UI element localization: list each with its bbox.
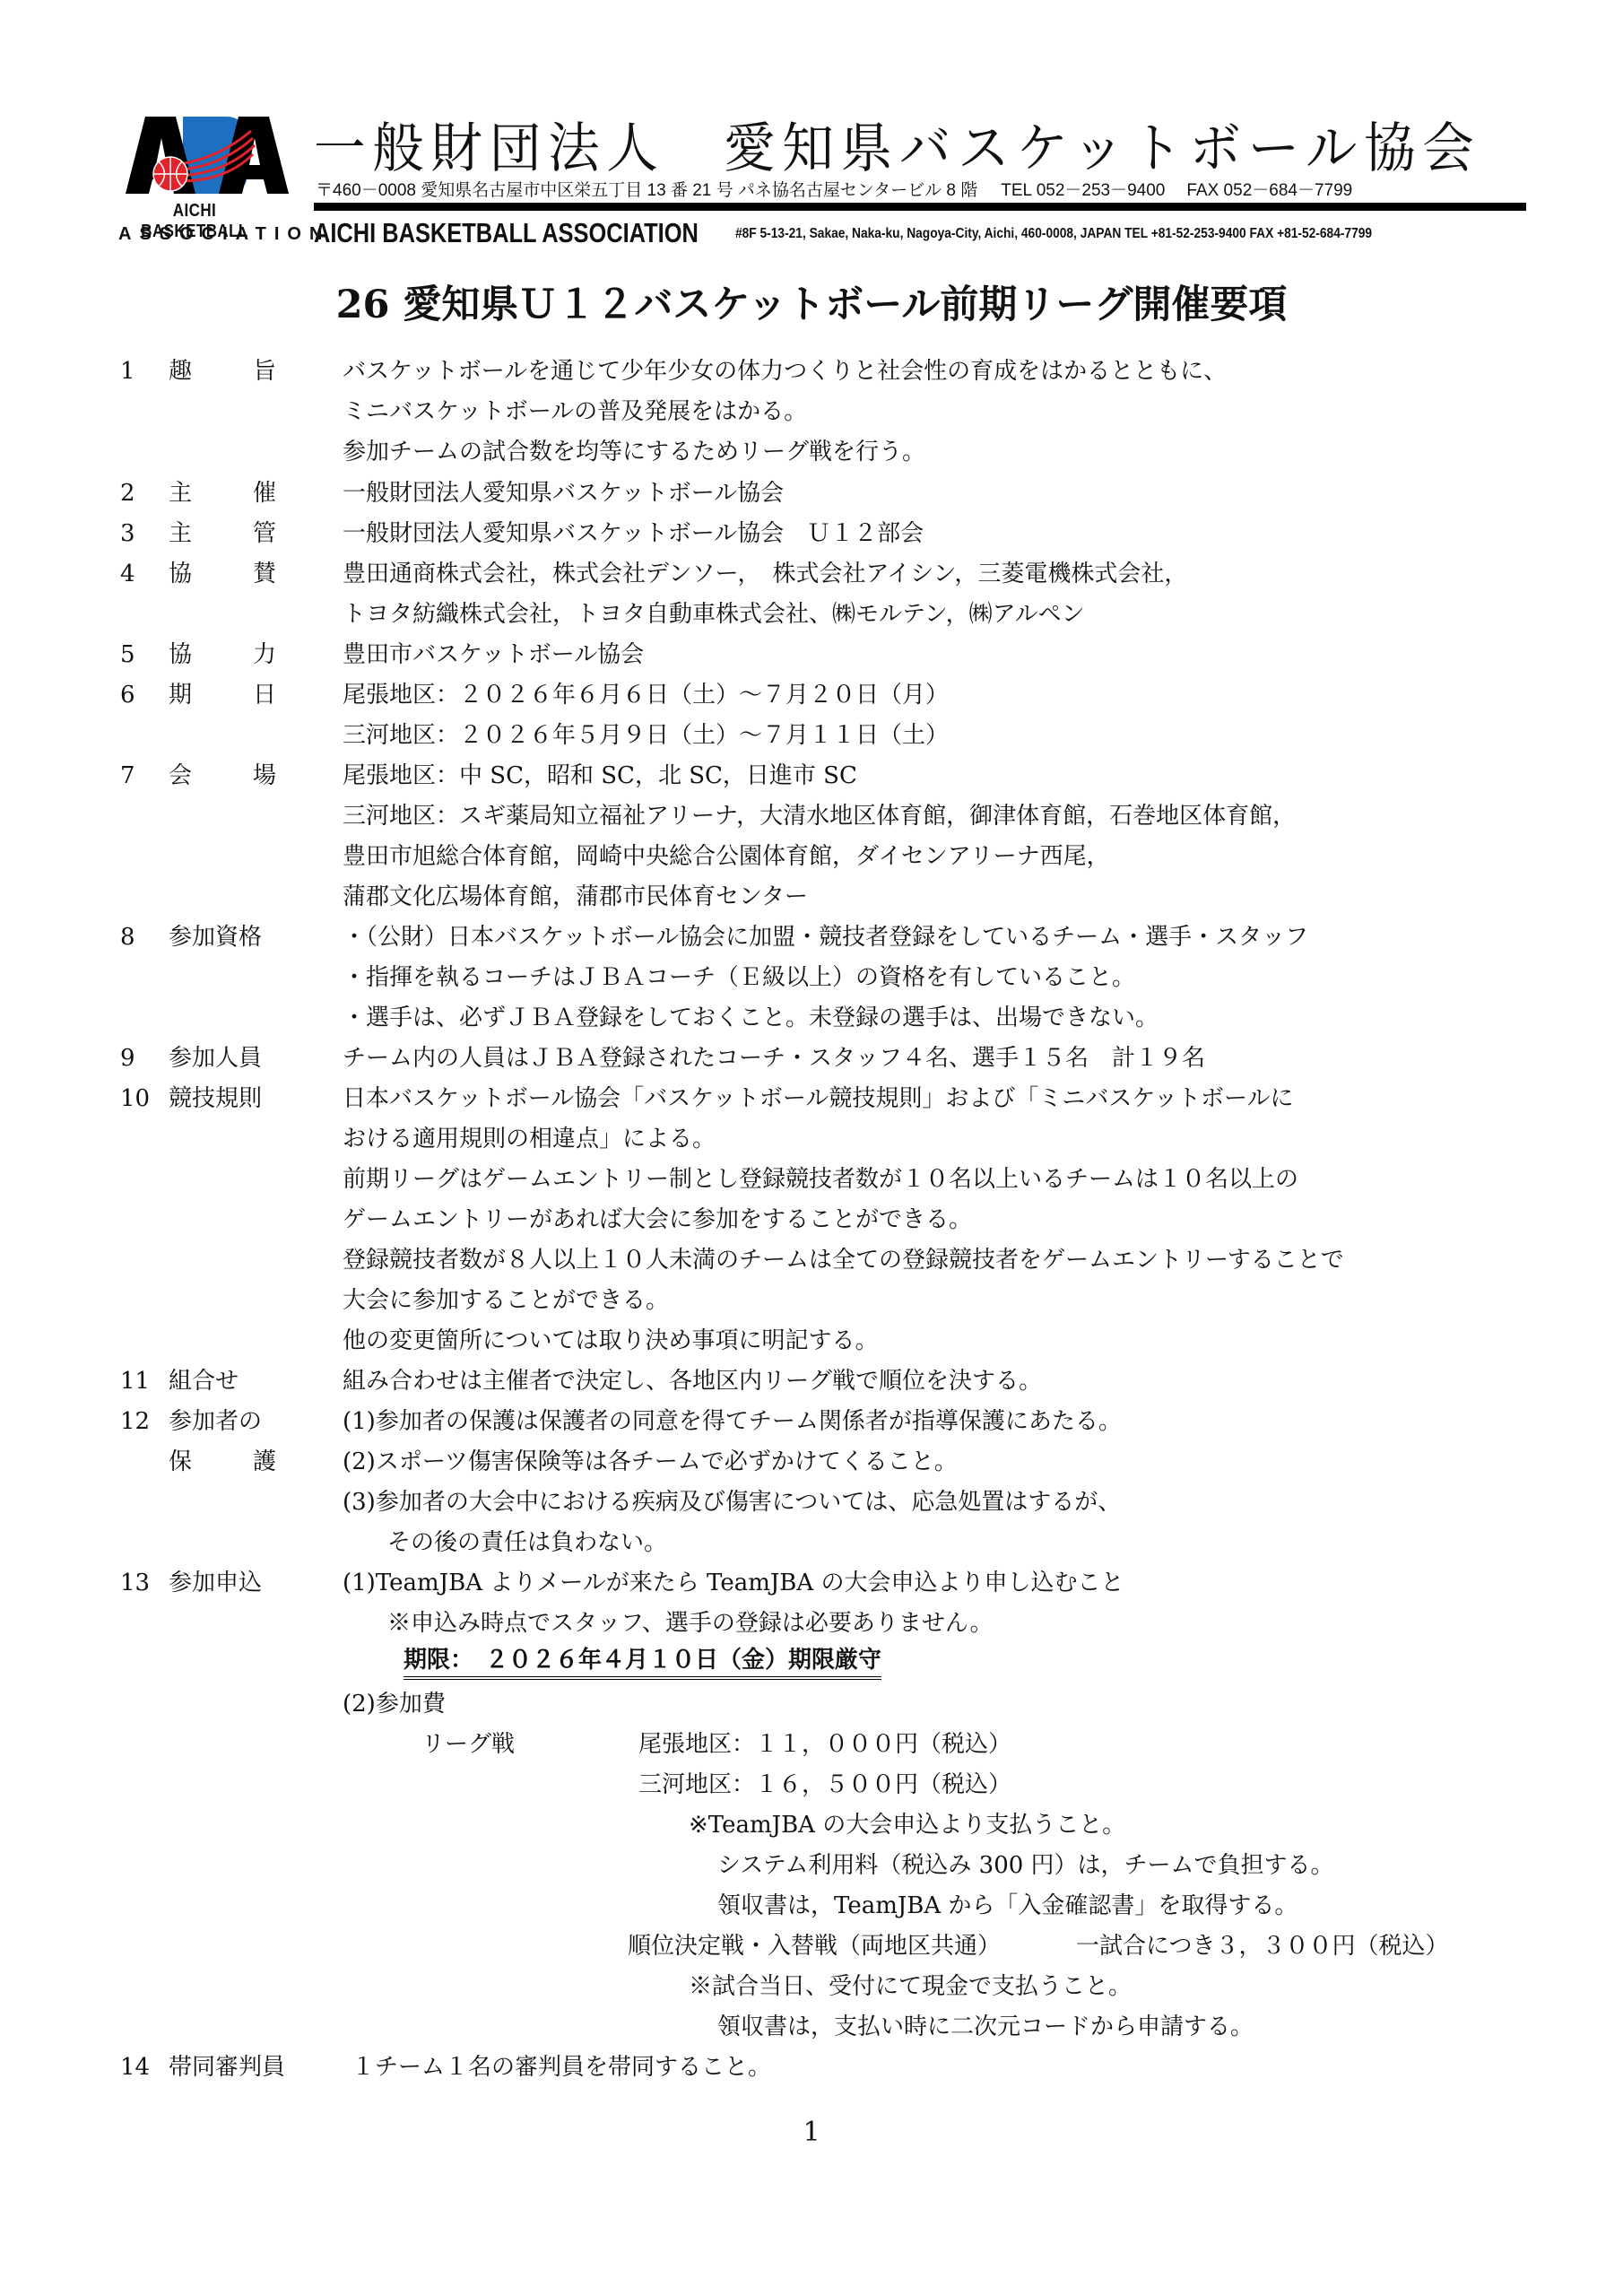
section-text: 尾張地区：中 SC，昭和 SC，北 SC，日進市 SC — [343, 756, 857, 796]
section-text: ・指揮を執るコーチはＪＢＡコーチ（Ｅ級以上）の資格を有していること。 — [343, 958, 1135, 997]
section-text: 一般財団法人愛知県バスケットボール協会 Ｕ１２部会 — [343, 514, 924, 553]
playoff-label: 順位決定戦・入替戦（両地区共通） — [628, 1926, 1001, 1966]
section-text: おける適用規則の相違点」による。 — [343, 1119, 716, 1159]
section-10-rules: 10 競技規則 日本バスケットボール協会「バスケットボール競技規則」および「ミニ… — [0, 1079, 1623, 1118]
league-note: システム利用料（税込み 300 円）は，チームで負担する。 — [717, 1846, 1334, 1885]
section-text: 三河地区：スギ薬局知立福祉アリーナ，大清水地区体育館，御津体育館，石巻地区体育館… — [343, 796, 1296, 836]
section-text: ・選手は、必ずＪＢＡ登録をしておくこと。未登録の選手は、出場できない。 — [343, 998, 1159, 1038]
section-2-organizer: 2 主 催 一般財団法人愛知県バスケットボール協会 — [0, 474, 1623, 513]
playoff-note-row: 領収書は，支払い時に二次元コードから申請する。 — [0, 2007, 1623, 2047]
section-8-line: ・指揮を執るコーチはＪＢＡコーチ（Ｅ級以上）の資格を有していること。 — [0, 958, 1623, 997]
section-10-line: ゲームエントリーがあれば大会に参加をすることができる。 — [0, 1200, 1623, 1239]
section-8-line: ・選手は、必ずＪＢＡ登録をしておくこと。未登録の選手は、出場できない。 — [0, 998, 1623, 1038]
section-text: 他の変更箇所については取り決め事項に明記する。 — [343, 1321, 878, 1361]
section-text: (2)スポーツ傷害保険等は各チームで必ずかけてくること。 — [343, 1442, 958, 1482]
section-number: 10 — [120, 1079, 156, 1118]
section-11-pairings: 11 組合せ 組み合わせは主催者で決定し、各地区内リーグ戦で順位を決する。 — [0, 1361, 1623, 1401]
section-text: 蒲郡文化広場体育館，蒲郡市民体育センター — [343, 877, 808, 917]
section-7-line: 三河地区：スギ薬局知立福祉アリーナ，大清水地区体育館，御津体育館，石巻地区体育館… — [0, 796, 1623, 836]
section-12-line: (3)参加者の大会中における疾病及び傷害については、応急処置はするが、 — [0, 1483, 1623, 1522]
league-note-row: システム利用料（税込み 300 円）は，チームで負担する。 — [0, 1846, 1623, 1885]
section-label-char: 協 — [169, 635, 192, 674]
section-13-line: ※申込み時点でスタッフ、選手の登録は必要ありません。 — [0, 1604, 1623, 1643]
playoff-note: ※試合当日、受付にて現金で支払うこと。 — [689, 1967, 1132, 2006]
section-label-char: 催 — [253, 474, 276, 513]
section-label-char: 力 — [253, 635, 276, 674]
section-text: トヨタ紡織株式会社，トヨタ自動車株式会社、㈱モルテン，㈱アルペン — [343, 595, 1085, 634]
section-6-dates: 6 期 日 尾張地区：２０２６年６月６日（土）～７月２０日（月） — [0, 675, 1623, 715]
section-14-referee: 14 帯同審判員 １チーム１名の審判員を帯同すること。 — [0, 2048, 1623, 2087]
section-label-char: 護 — [253, 1442, 276, 1482]
section-number: 6 — [120, 675, 156, 715]
org-name-en: AICHI BASKETBALL ASSOCIATION — [314, 217, 699, 249]
section-12-line: 保 護 (2)スポーツ傷害保険等は各チームで必ずかけてくること。 — [0, 1442, 1623, 1482]
section-text: チーム内の人員はＪＢＡ登録されたコーチ・スタッフ４名、選手１５名 計１９名 — [343, 1039, 1205, 1078]
section-text: １チーム１名の審判員を帯同すること。 — [352, 2048, 771, 2087]
section-text: 参加チームの試合数を均等にするためリーグ戦を行う。 — [343, 432, 925, 472]
section-label-char: 趣 — [169, 352, 192, 391]
section-number: 12 — [120, 1402, 156, 1441]
section-text: 尾張地区：２０２６年６月６日（土）～７月２０日（月） — [343, 675, 949, 715]
section-6-line: 三河地区：２０２６年５月９日（土）～７月１１日（土） — [0, 716, 1623, 755]
playoff-note-row: ※試合当日、受付にて現金で支払うこと。 — [0, 1967, 1623, 2006]
header-divider — [314, 203, 1526, 211]
section-number: 1 — [120, 352, 156, 391]
league-note-row: 領収書は，TeamJBA から「入金確認書」を取得する。 — [0, 1886, 1623, 1926]
section-label: 参加者の — [169, 1402, 262, 1441]
playoff-note: 領収書は，支払い時に二次元コードから申請する。 — [717, 2007, 1254, 2047]
section-number: 14 — [120, 2048, 156, 2087]
entry-instruction: (1)TeamJBA よりメールが来たら TeamJBA の大会申込より申し込む… — [343, 1563, 1124, 1603]
section-9-participants: 9 参加人員 チーム内の人員はＪＢＡ登録されたコーチ・スタッフ４名、選手１５名 … — [0, 1039, 1623, 1078]
section-12-line: その後の責任は負わない。 — [0, 1523, 1623, 1562]
aba-logo-mark-icon — [118, 115, 298, 196]
section-number: 8 — [120, 918, 156, 957]
league-fee-label: リーグ戦 — [421, 1725, 515, 1764]
section-text: ゲームエントリーがあれば大会に参加をすることができる。 — [343, 1200, 972, 1239]
section-text: 日本バスケットボール協会「バスケットボール競技規則」および「ミニバスケットボール… — [343, 1079, 1294, 1118]
section-1-line: ミニバスケットボールの普及発展をはかる。 — [0, 392, 1623, 431]
playoff-fee-row: 順位決定戦・入替戦（両地区共通） 一試合につき３，３００円（税込） — [0, 1926, 1623, 1966]
fee-row-mikawa: 三河地区：１６，５００円（税込） — [0, 1765, 1623, 1805]
aba-logo: AICHI BASKETBALL ASSOCIATION — [118, 115, 298, 249]
playoff-fee: 一試合につき３，３００円（税込） — [1076, 1926, 1448, 1966]
section-text: (1)参加者の保護は保護者の同意を得てチーム関係者が指導保護にあたる。 — [343, 1402, 1122, 1441]
section-label-char: 管 — [253, 514, 276, 553]
section-label-char: 主 — [169, 514, 192, 553]
section-number: 7 — [120, 756, 156, 796]
section-8-eligibility: 8 参加資格 ・（公財）日本バスケットボール協会に加盟・競技者登録をしているチー… — [0, 918, 1623, 957]
section-number: 13 — [120, 1563, 156, 1603]
section-10-line: 大会に参加することができる。 — [0, 1281, 1623, 1320]
section-7-line: 豊田市旭総合体育館，岡崎中央総合公園体育館，ダイセンアリーナ西尾， — [0, 837, 1623, 876]
address-text: 〒460－0008 愛知県名古屋市中区栄五丁目 13 番 21 号 パネ協名古屋… — [316, 181, 977, 200]
section-label-char: 日 — [253, 675, 276, 715]
section-label: 参加申込 — [169, 1563, 262, 1603]
section-text: 前期リーグはゲームエントリー制とし登録競技者数が１０名以上いるチームは１０名以上… — [343, 1160, 1298, 1199]
section-text: ミニバスケットボールの普及発展をはかる。 — [343, 392, 807, 431]
section-3-management: 3 主 管 一般財団法人愛知県バスケットボール協会 Ｕ１２部会 — [0, 514, 1623, 553]
section-text: 豊田通商株式会社，株式会社デンソー， 株式会社アイシン，三菱電機株式会社， — [343, 554, 1187, 594]
org-address-jp: 〒460－0008 愛知県名古屋市中区栄五丁目 13 番 21 号 パネ協名古屋… — [316, 177, 1352, 201]
league-note-row: ※TeamJBA の大会申込より支払うこと。 — [0, 1805, 1623, 1845]
section-12-protection: 12 参加者の (1)参加者の保護は保護者の同意を得てチーム関係者が指導保護にあ… — [0, 1402, 1623, 1441]
section-text: 豊田市バスケットボール協会 — [343, 635, 644, 674]
fee-row-owari: リーグ戦 尾張地区：１１，０００円（税込） — [0, 1725, 1623, 1764]
fax-number: FAX 052－684－7799 — [1186, 181, 1352, 200]
section-number: 3 — [120, 514, 156, 553]
fee-heading: (2)参加費 — [343, 1684, 446, 1724]
section-text: 豊田市旭総合体育館，岡崎中央総合公園体育館，ダイセンアリーナ西尾， — [343, 837, 1110, 876]
section-label-char: 協 — [169, 554, 192, 594]
section-text: その後の責任は負わない。 — [387, 1523, 667, 1562]
section-text: ・（公財）日本バスケットボール協会に加盟・競技者登録をしているチーム・選手・スタ… — [343, 918, 1308, 957]
section-label: 参加資格 — [169, 918, 262, 957]
fee-owari: 尾張地区：１１，０００円（税込） — [638, 1725, 1011, 1764]
section-7-venues: 7 会 場 尾張地区：中 SC，昭和 SC，北 SC，日進市 SC — [0, 756, 1623, 796]
org-name-jp: 一般財団法人 愛知県バスケットボール協会 — [314, 106, 1481, 183]
section-text: 組み合わせは主催者で決定し、各地区内リーグ戦で順位を決する。 — [343, 1361, 1042, 1401]
page-number: 1 — [0, 2117, 1623, 2148]
section-number: 5 — [120, 635, 156, 674]
section-label-char: 場 — [253, 756, 276, 796]
section-13-application: 13 参加申込 (1)TeamJBA よりメールが来たら TeamJBA の大会… — [0, 1563, 1623, 1603]
league-note: 領収書は，TeamJBA から「入金確認書」を取得する。 — [717, 1886, 1298, 1926]
section-label-char: 賛 — [253, 554, 276, 594]
section-label: 組合せ — [169, 1361, 239, 1401]
section-number: 9 — [120, 1039, 156, 1078]
section-text: 三河地区：２０２６年５月９日（土）～７月１１日（土） — [343, 716, 949, 755]
section-label-char: 会 — [169, 756, 192, 796]
section-label-char: 主 — [169, 474, 192, 513]
section-13-line: (2)参加費 — [0, 1684, 1623, 1724]
deadline-text: 期限： ２０２６年４月１０日（金）期限厳守 — [404, 1644, 881, 1680]
fee-mikawa: 三河地区：１６，５００円（税込） — [638, 1765, 1011, 1805]
entry-note: ※申込み時点でスタッフ、選手の登録は必要ありません。 — [387, 1604, 993, 1643]
document-title: 26 愛知県Ｕ１２バスケットボール前期リーグ開催要項 — [0, 274, 1623, 329]
section-number: 4 — [120, 554, 156, 594]
section-5-cooperation: 5 協 力 豊田市バスケットボール協会 — [0, 635, 1623, 674]
section-4-line: トヨタ紡織株式会社，トヨタ自動車株式会社、㈱モルテン，㈱アルペン — [0, 595, 1623, 634]
section-text: 登録競技者数が８人以上１０人未満のチームは全ての登録競技者をゲームエントリーする… — [343, 1240, 1344, 1280]
section-text: (3)参加者の大会中における疾病及び傷害については、応急処置はするが、 — [343, 1483, 1121, 1522]
section-label: 帯同審判員 — [169, 2048, 285, 2087]
league-note: ※TeamJBA の大会申込より支払うこと。 — [689, 1805, 1125, 1845]
tel-number: TEL 052－253－9400 — [1001, 181, 1165, 200]
section-label: 競技規則 — [169, 1079, 262, 1118]
section-10-line: 前期リーグはゲームエントリー制とし登録競技者数が１０名以上いるチームは１０名以上… — [0, 1160, 1623, 1199]
section-text: 一般財団法人愛知県バスケットボール協会 — [343, 474, 784, 513]
logo-caption-line2: ASSOCIATION — [118, 224, 298, 245]
section-label-char: 保 — [169, 1442, 192, 1482]
section-4-sponsors: 4 協 賛 豊田通商株式会社，株式会社デンソー， 株式会社アイシン，三菱電機株式… — [0, 554, 1623, 594]
section-7-line: 蒲郡文化広場体育館，蒲郡市民体育センター — [0, 877, 1623, 917]
section-text: バスケットボールを通じて少年少女の体力つくりと社会性の育成をはかるとともに、 — [343, 352, 1227, 391]
section-10-line: 登録競技者数が８人以上１０人未満のチームは全ての登録競技者をゲームエントリーする… — [0, 1240, 1623, 1280]
section-text: 大会に参加することができる。 — [343, 1281, 669, 1320]
section-label-char: 期 — [169, 675, 192, 715]
section-1-purpose: 1 趣 旨 バスケットボールを通じて少年少女の体力つくりと社会性の育成をはかると… — [0, 352, 1623, 391]
section-10-line: 他の変更箇所については取り決め事項に明記する。 — [0, 1321, 1623, 1361]
section-1-line: 参加チームの試合数を均等にするためリーグ戦を行う。 — [0, 432, 1623, 472]
section-label-char: 旨 — [253, 352, 276, 391]
org-address-en: #8F 5-13-21, Sakae, Naka-ku, Nagoya-City… — [735, 226, 1372, 242]
section-10-line: おける適用規則の相違点」による。 — [0, 1119, 1623, 1159]
section-number: 11 — [120, 1361, 156, 1401]
section-number: 2 — [120, 474, 156, 513]
section-label: 参加人員 — [169, 1039, 262, 1078]
section-13-deadline-row: 期限： ２０２６年４月１０日（金）期限厳守 — [0, 1644, 1623, 1683]
